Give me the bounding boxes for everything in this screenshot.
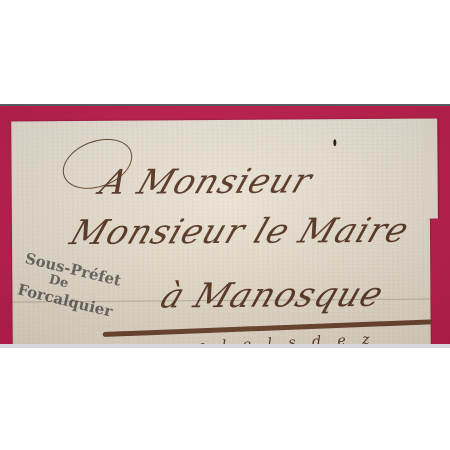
letter-paper: A Monsieur Monsieur le Maire à Manosque … (11, 119, 431, 346)
address-line-2: Monsieur le Maire (65, 211, 415, 253)
paper-fold-flap (425, 118, 438, 218)
ink-underline-stroke (103, 319, 433, 337)
address-line-1: A Monsieur (94, 161, 317, 203)
ink-dot (333, 139, 336, 146)
letter-photo: A Monsieur Monsieur le Maire à Manosque … (0, 104, 450, 346)
postmark-stamp: Sous-Préfet De Forcalquier (16, 250, 123, 320)
bottom-border (0, 344, 450, 348)
address-line-3: à Manosque (155, 275, 389, 317)
